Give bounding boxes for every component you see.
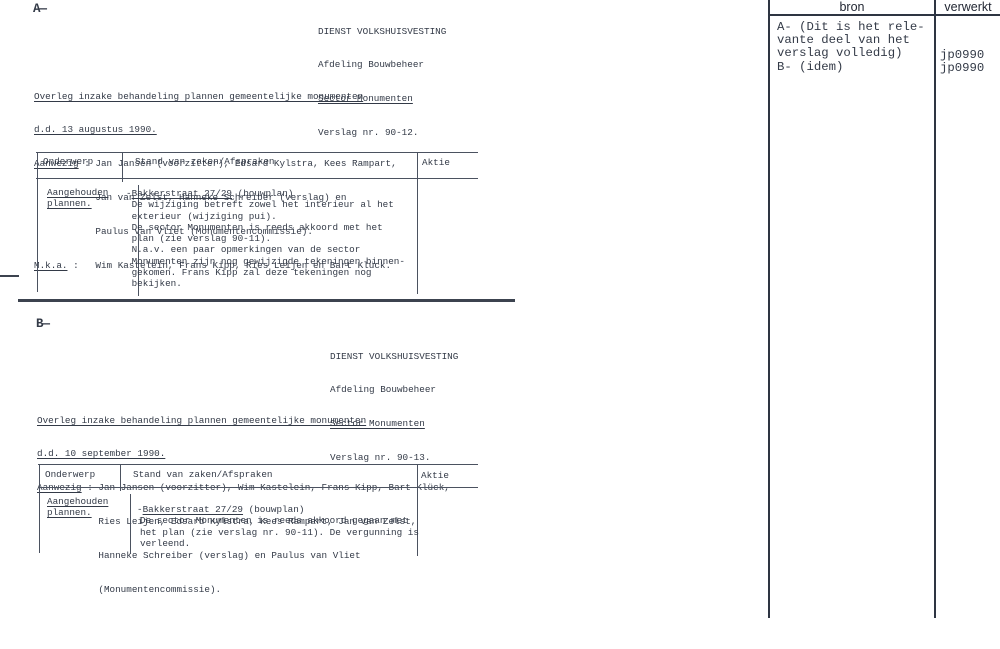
letterhead-org: DIENST VOLKSHUISVESTING [318, 26, 446, 37]
panel-verwerkt-values: jp0990 jp0990 [940, 49, 984, 75]
doc-b-title: Overleg inzake behandeling plannen gemee… [37, 415, 450, 426]
table-b-top-rule [38, 464, 478, 465]
table-a-item-body: De wijziging betreft zowel het interieur… [132, 199, 405, 289]
scanned-document-page: A— DIENST VOLKSHUISVESTING Afdeling Bouw… [0, 0, 1000, 649]
table-b-item-heading: -Bakkerstraat 27/29 (bouwplan) [137, 504, 304, 515]
table-b-header-rule [38, 487, 478, 488]
margin-tick [0, 275, 19, 277]
panel-header-bron: bron [770, 0, 934, 14]
section-separator-rule [18, 299, 515, 302]
item-street: Bakkerstraat 27/29 [143, 504, 243, 515]
panel-left-rule [768, 0, 770, 618]
table-b-col-onderwerp: Onderwerp [45, 469, 95, 480]
item-suffix: (bouwplan) [243, 504, 304, 515]
table-b-col-aktie: Aktie [421, 470, 449, 481]
table-a-col-onderwerp: Onderwerp [43, 156, 93, 167]
table-b-body-divider-1 [130, 494, 131, 554]
table-a-header-divider-1 [122, 152, 123, 182]
table-a-subject: Aangehouden plannen. [47, 187, 108, 210]
table-b-subject: Aangehouden plannen. [47, 496, 108, 519]
table-b-col-stand: Stand van zaken/Afspraken [133, 469, 272, 480]
table-a-col-stand: Stand van zaken/Afspraken [135, 156, 274, 167]
panel-bron-note: A- (Dit is het rele- vante deel van het … [777, 21, 925, 74]
doc-b-aanwezig-cont2: Hanneke Schreiber (verslag) en Paulus va… [37, 550, 450, 561]
table-a-header-rule [36, 178, 478, 179]
letterhead-org: DIENST VOLKSHUISVESTING [330, 351, 458, 362]
doc-a-label: A— [33, 2, 46, 16]
doc-b-aanwezig-cont3: (Monumentencommissie). [37, 584, 450, 595]
table-a-top-rule [36, 152, 478, 153]
table-b-left-rule [39, 464, 40, 553]
table-a-left-rule [37, 152, 38, 292]
item-street: Bakkerstraat 27/29 [132, 188, 232, 199]
doc-b-label: B— [36, 317, 49, 331]
table-a-divider-2 [417, 152, 418, 294]
panel-middle-rule [934, 0, 936, 618]
mka-label: M.k.a. [34, 260, 67, 271]
doc-b-aanwezig: Aanwezig : Jan Jansen (voorzitter), Wim … [37, 482, 450, 493]
table-b-item-body: De sector Monumenten is reeds akkoord ge… [140, 515, 419, 549]
doc-a-date: d.d. 13 augustus 1990. [34, 124, 397, 135]
table-a-item-heading: -Bakkerstraat 27/29 (bouwplan) [126, 188, 293, 199]
doc-b-date: d.d. 10 september 1990. [37, 448, 450, 459]
panel-header-verwerkt: verwerkt [936, 0, 1000, 14]
panel-header-rule [768, 14, 1000, 16]
table-b-header-divider-1 [120, 464, 121, 491]
table-a-col-aktie: Aktie [422, 157, 450, 168]
item-suffix: (bouwplan) [232, 188, 293, 199]
doc-a-title: Overleg inzake behandeling plannen gemee… [34, 91, 397, 102]
